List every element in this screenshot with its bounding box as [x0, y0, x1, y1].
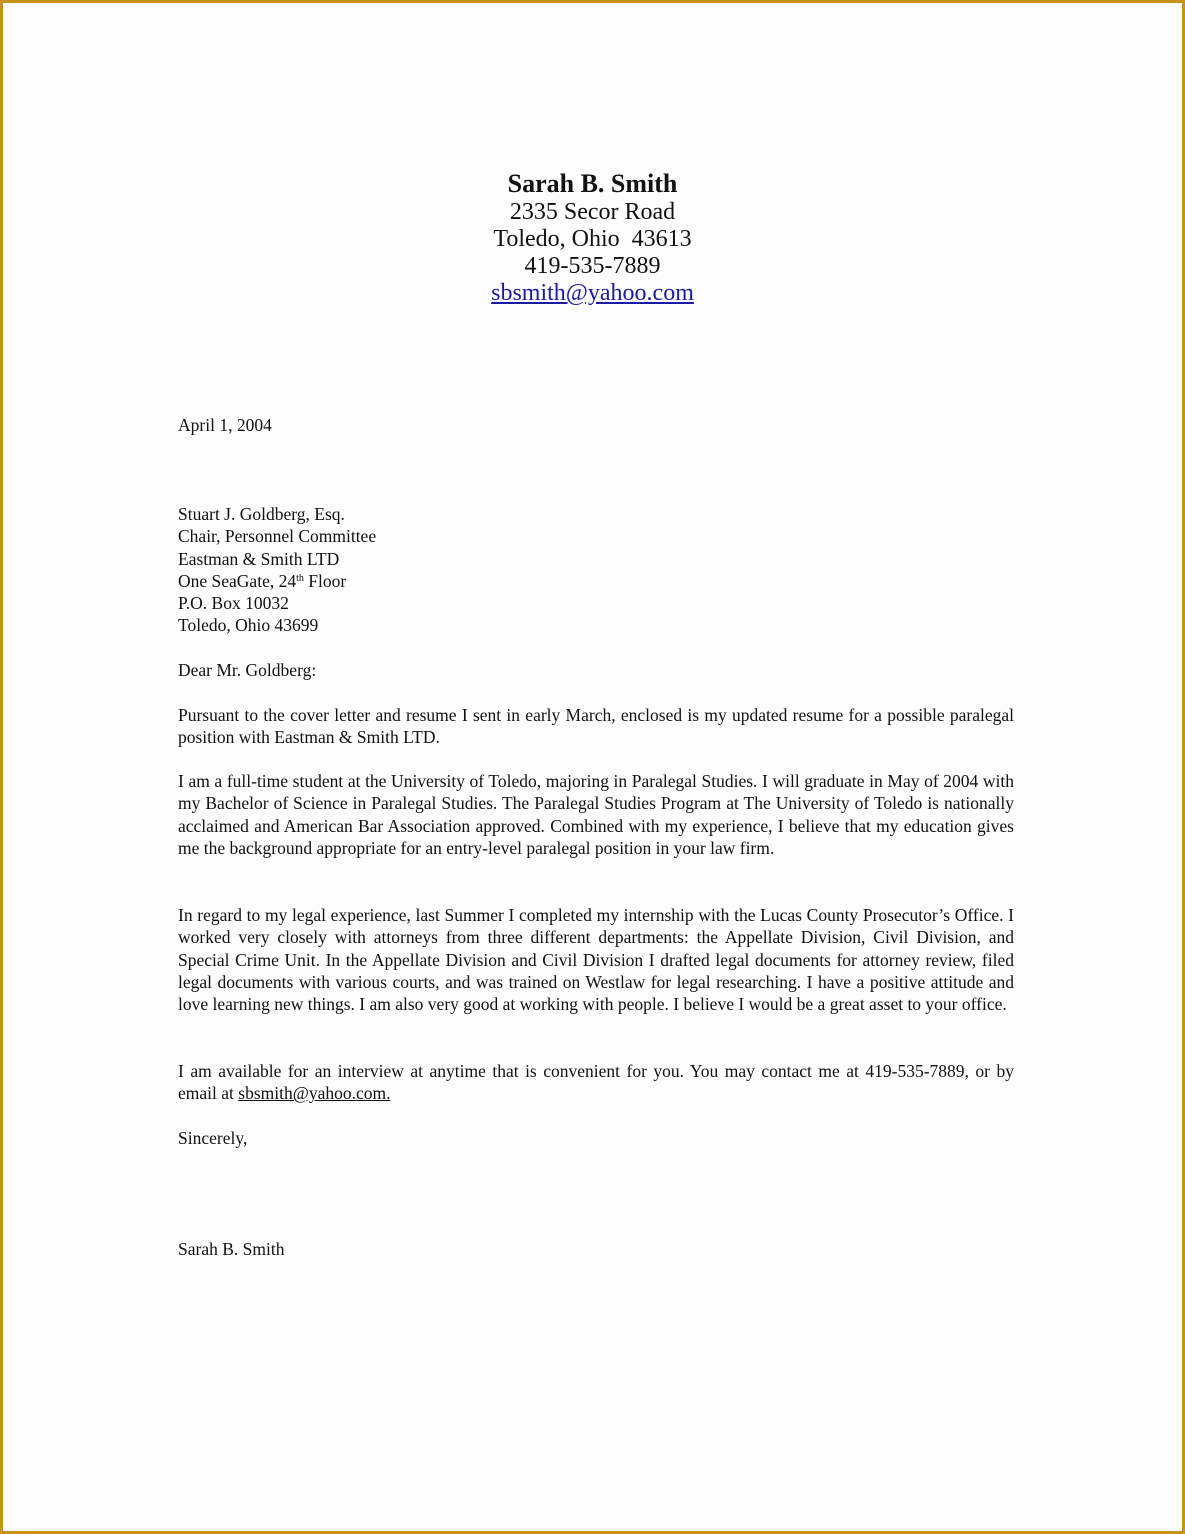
closing-word: Sincerely,: [178, 1127, 1014, 1149]
sender-street: 2335 Secor Road: [3, 199, 1182, 226]
letterhead: Sarah B. Smith 2335 Secor Road Toledo, O…: [3, 169, 1182, 307]
sender-city-state-zip: Toledo, Ohio 43613: [3, 226, 1182, 253]
sender-email-link[interactable]: sbsmith@yahoo.com: [491, 280, 694, 306]
body-paragraph-2: I am a full-time student at the Universi…: [178, 770, 1014, 859]
paragraph-text: I am a full-time student at the Universi…: [178, 770, 1014, 859]
signature: Sarah B. Smith: [178, 1238, 1014, 1260]
body-paragraph-1: Pursuant to the cover letter and resume …: [178, 704, 1014, 749]
paragraph-text: In regard to my legal experience, last S…: [178, 904, 1014, 1015]
recipient-street: One SeaGate, 24th Floor: [178, 570, 1014, 592]
recipient-city-state-zip: Toledo, Ohio 43699: [178, 614, 1014, 636]
letter-date: April 1, 2004: [178, 414, 1014, 436]
recipient-address: Stuart J. Goldberg, Esq. Chair, Personne…: [178, 503, 1014, 637]
complimentary-close: Sincerely,: [178, 1127, 1014, 1149]
signature-name: Sarah B. Smith: [178, 1238, 1014, 1260]
recipient-company: Eastman & Smith LTD: [178, 548, 1014, 570]
sender-phone: 419-535-7889: [3, 253, 1182, 280]
page-frame: Sarah B. Smith 2335 Secor Road Toledo, O…: [0, 0, 1185, 1534]
paragraph-text: Pursuant to the cover letter and resume …: [178, 704, 1014, 749]
closing-paragraph: I am available for an interview at anyti…: [178, 1060, 1014, 1105]
salutation: Dear Mr. Goldberg:: [178, 659, 1014, 681]
recipient-po-box: P.O. Box 10032: [178, 592, 1014, 614]
salutation-text: Dear Mr. Goldberg:: [178, 659, 1014, 681]
closing-paragraph-text: I am available for an interview at anyti…: [178, 1060, 1014, 1105]
recipient-title: Chair, Personnel Committee: [178, 525, 1014, 547]
street-prefix: One SeaGate, 24: [178, 571, 296, 591]
body-paragraph-3: In regard to my legal experience, last S…: [178, 904, 1014, 1015]
date-text: April 1, 2004: [178, 414, 1014, 436]
sender-name: Sarah B. Smith: [3, 169, 1182, 199]
ordinal-suffix: th: [296, 573, 304, 584]
recipient-name: Stuart J. Goldberg, Esq.: [178, 503, 1014, 525]
street-suffix: Floor: [304, 571, 346, 591]
closing-email-link[interactable]: sbsmith@yahoo.com.: [238, 1083, 390, 1103]
